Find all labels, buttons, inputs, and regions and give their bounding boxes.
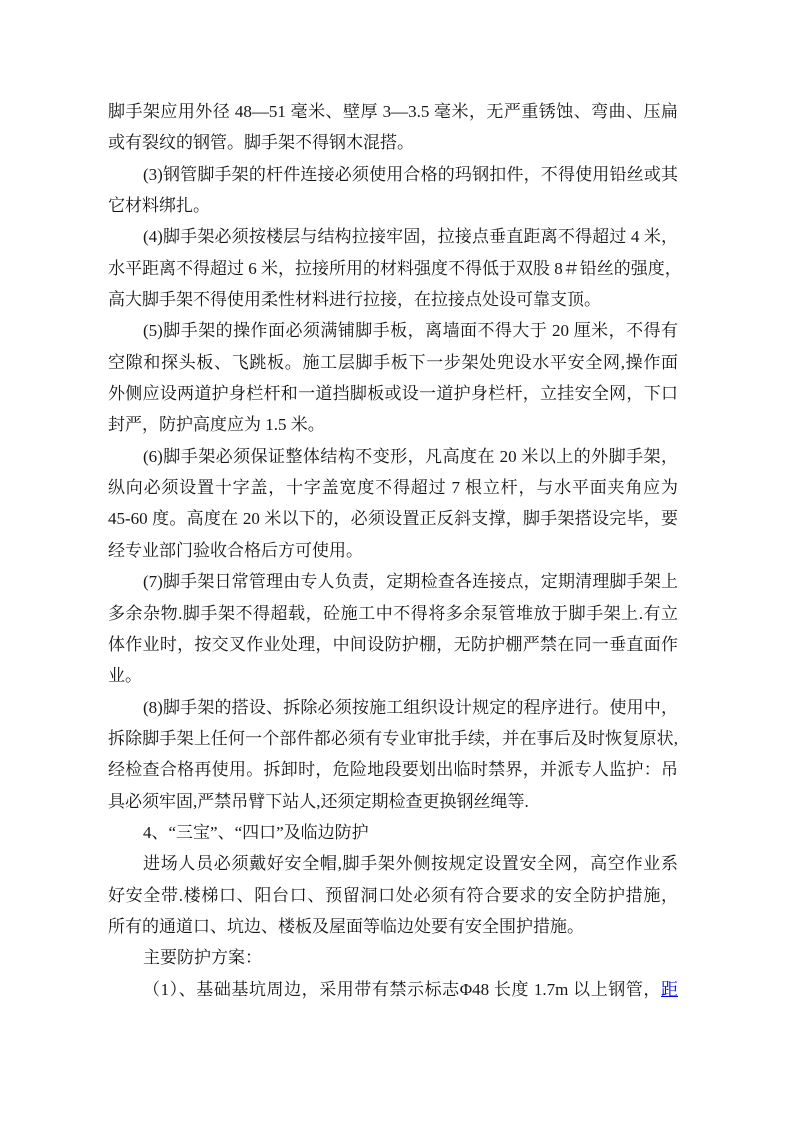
link-text[interactable]: 距 bbox=[661, 980, 678, 999]
text-line: (3)钢管脚手架的杆件连接必须使用合格的玛钢扣件，不得使用铅丝或其 bbox=[108, 159, 678, 190]
text-line: 具必须牢固,严禁吊臂下站人,还须定期检查更换钢丝绳等. bbox=[108, 786, 678, 817]
text-line: 多余杂物.脚手架不得超载，砼施工中不得将多余泵管堆放于脚手架上.有立 bbox=[108, 598, 678, 629]
text-run: 体作业时，按交叉作业处理，中间设防护棚，无防护棚严禁在同一垂直面作 bbox=[108, 635, 678, 654]
text-run: (6)脚手架必须保证整体结构不变形，凡高度在 20 米以上的外脚手架， bbox=[143, 447, 678, 466]
text-line: 空隙和探头板、飞跳板。施工层脚手板下一步架处兜设水平安全网,操作面 bbox=[108, 347, 678, 378]
text-line: 外侧应设两道护身栏杆和一道挡脚板或设一道护身栏杆，立挂安全网，下口 bbox=[108, 378, 678, 409]
text-run: 它材料绑扎。 bbox=[108, 196, 210, 215]
text-line: 脚手架应用外径 48—51 毫米、壁厚 3—3.5 毫米，无严重锈蚀、弯曲、压扁 bbox=[108, 96, 678, 127]
text-run: 纵向必须设置十字盖，十字盖宽度不得超过 7 根立杆，与水平面夹角应为 bbox=[108, 478, 678, 497]
text-run: 主要防护方案： bbox=[143, 948, 262, 967]
text-run: (4)脚手架必须按楼层与结构拉接牢固，拉接点垂直距离不得超过 4 米， bbox=[143, 227, 678, 246]
text-line: 进场人员必须戴好安全帽,脚手架外侧按规定设置安全网，高空作业系 bbox=[108, 848, 678, 879]
text-run: 经检查合格再使用。拆卸时，危险地段要划出临时禁界，并派专人监护：吊 bbox=[108, 760, 678, 779]
text-line: 所有的通道口、坑边、楼板及屋面等临边处要有安全围护措施。 bbox=[108, 911, 678, 942]
text-line: 业。 bbox=[108, 660, 678, 691]
text-line: 经专业部门验收合格后方可使用。 bbox=[108, 535, 678, 566]
text-line: 它材料绑扎。 bbox=[108, 190, 678, 221]
text-run: 经专业部门验收合格后方可使用。 bbox=[108, 541, 363, 560]
text-run: 封严，防护高度应为 1.5 米。 bbox=[108, 415, 325, 434]
text-line: 高大脚手架不得使用柔性材料进行拉接，在拉接点处设可靠支顶。 bbox=[108, 284, 678, 315]
text-run: 多余杂物.脚手架不得超载，砼施工中不得将多余泵管堆放于脚手架上.有立 bbox=[108, 604, 678, 623]
text-run: 进场人员必须戴好安全帽,脚手架外侧按规定设置安全网，高空作业系 bbox=[143, 854, 678, 873]
text-line: 或有裂纹的钢管。脚手架不得钢木混搭。 bbox=[108, 127, 678, 158]
text-line: (5)脚手架的操作面必须满铺脚手板，离墙面不得大于 20 厘米，不得有 bbox=[108, 315, 678, 346]
text-run: 或有裂纹的钢管。脚手架不得钢木混搭。 bbox=[108, 133, 414, 152]
text-line: (4)脚手架必须按楼层与结构拉接牢固，拉接点垂直距离不得超过 4 米， bbox=[108, 221, 678, 252]
text-run: 水平距离不得超过 6 米，拉接所用的材料强度不得低于双股 8＃铅丝的强度， bbox=[108, 259, 682, 278]
text-run: （1）、基础基坑周边，采用带有禁示标志Φ48 长度 1.7m 以上钢管， bbox=[143, 980, 661, 999]
text-line: (8)脚手架的搭设、拆除必须按施工组织设计规定的程序进行。使用中， bbox=[108, 692, 678, 723]
text-line: (6)脚手架必须保证整体结构不变形，凡高度在 20 米以上的外脚手架， bbox=[108, 441, 678, 472]
text-line: 主要防护方案： bbox=[108, 942, 678, 973]
text-run: 45-60 度。高度在 20 米以下的，必须设置正反斜支撑，脚手架搭设完毕，要 bbox=[108, 509, 678, 528]
text-line: 4、“三宝”、“四口”及临边防护 bbox=[108, 817, 678, 848]
text-run: (3)钢管脚手架的杆件连接必须使用合格的玛钢扣件，不得使用铅丝或其 bbox=[143, 165, 678, 184]
text-line: (7)脚手架日常管理由专人负责，定期检查各连接点，定期清理脚手架上 bbox=[108, 566, 678, 597]
text-run: (5)脚手架的操作面必须满铺脚手板，离墙面不得大于 20 厘米，不得有 bbox=[143, 321, 678, 340]
text-line: 好安全带.楼梯口、阳台口、预留洞口处必须有符合要求的安全防护措施， bbox=[108, 880, 678, 911]
text-run: 好安全带.楼梯口、阳台口、预留洞口处必须有符合要求的安全防护措施， bbox=[108, 886, 678, 905]
document-body: 脚手架应用外径 48—51 毫米、壁厚 3—3.5 毫米，无严重锈蚀、弯曲、压扁… bbox=[108, 96, 678, 1005]
text-line: 封严，防护高度应为 1.5 米。 bbox=[108, 409, 678, 440]
text-run: 脚手架应用外径 48—51 毫米、壁厚 3—3.5 毫米，无严重锈蚀、弯曲、压扁 bbox=[108, 102, 678, 121]
text-run: (8)脚手架的搭设、拆除必须按施工组织设计规定的程序进行。使用中， bbox=[143, 698, 678, 717]
text-line: 经检查合格再使用。拆卸时，危险地段要划出临时禁界，并派专人监护：吊 bbox=[108, 754, 678, 785]
document-page: 脚手架应用外径 48—51 毫米、壁厚 3—3.5 毫米，无严重锈蚀、弯曲、压扁… bbox=[0, 0, 793, 1122]
text-line: 45-60 度。高度在 20 米以下的，必须设置正反斜支撑，脚手架搭设完毕，要 bbox=[108, 503, 678, 534]
text-run: 空隙和探头板、飞跳板。施工层脚手板下一步架处兜设水平安全网,操作面 bbox=[108, 353, 678, 372]
text-run: 具必须牢固,严禁吊臂下站人,还须定期检查更换钢丝绳等. bbox=[108, 792, 529, 811]
text-line: 体作业时，按交叉作业处理，中间设防护棚，无防护棚严禁在同一垂直面作 bbox=[108, 629, 678, 660]
text-line: 纵向必须设置十字盖，十字盖宽度不得超过 7 根立杆，与水平面夹角应为 bbox=[108, 472, 678, 503]
text-line: 水平距离不得超过 6 米，拉接所用的材料强度不得低于双股 8＃铅丝的强度， bbox=[108, 253, 678, 284]
text-run: 高大脚手架不得使用柔性材料进行拉接，在拉接点处设可靠支顶。 bbox=[108, 290, 601, 309]
text-run: 4、“三宝”、“四口”及临边防护 bbox=[143, 823, 369, 842]
text-run: 拆除脚手架上任何一个部件都必须有专业审批手续，并在事后及时恢复原状, bbox=[108, 729, 678, 748]
text-run: (7)脚手架日常管理由专人负责，定期检查各连接点，定期清理脚手架上 bbox=[143, 572, 678, 591]
text-line: （1）、基础基坑周边，采用带有禁示标志Φ48 长度 1.7m 以上钢管，距 bbox=[108, 974, 678, 1005]
text-line: 拆除脚手架上任何一个部件都必须有专业审批手续，并在事后及时恢复原状, bbox=[108, 723, 678, 754]
text-run: 外侧应设两道护身栏杆和一道挡脚板或设一道护身栏杆，立挂安全网，下口 bbox=[108, 384, 678, 403]
text-run: 业。 bbox=[108, 666, 142, 685]
text-run: 所有的通道口、坑边、楼板及屋面等临边处要有安全围护措施。 bbox=[108, 917, 584, 936]
